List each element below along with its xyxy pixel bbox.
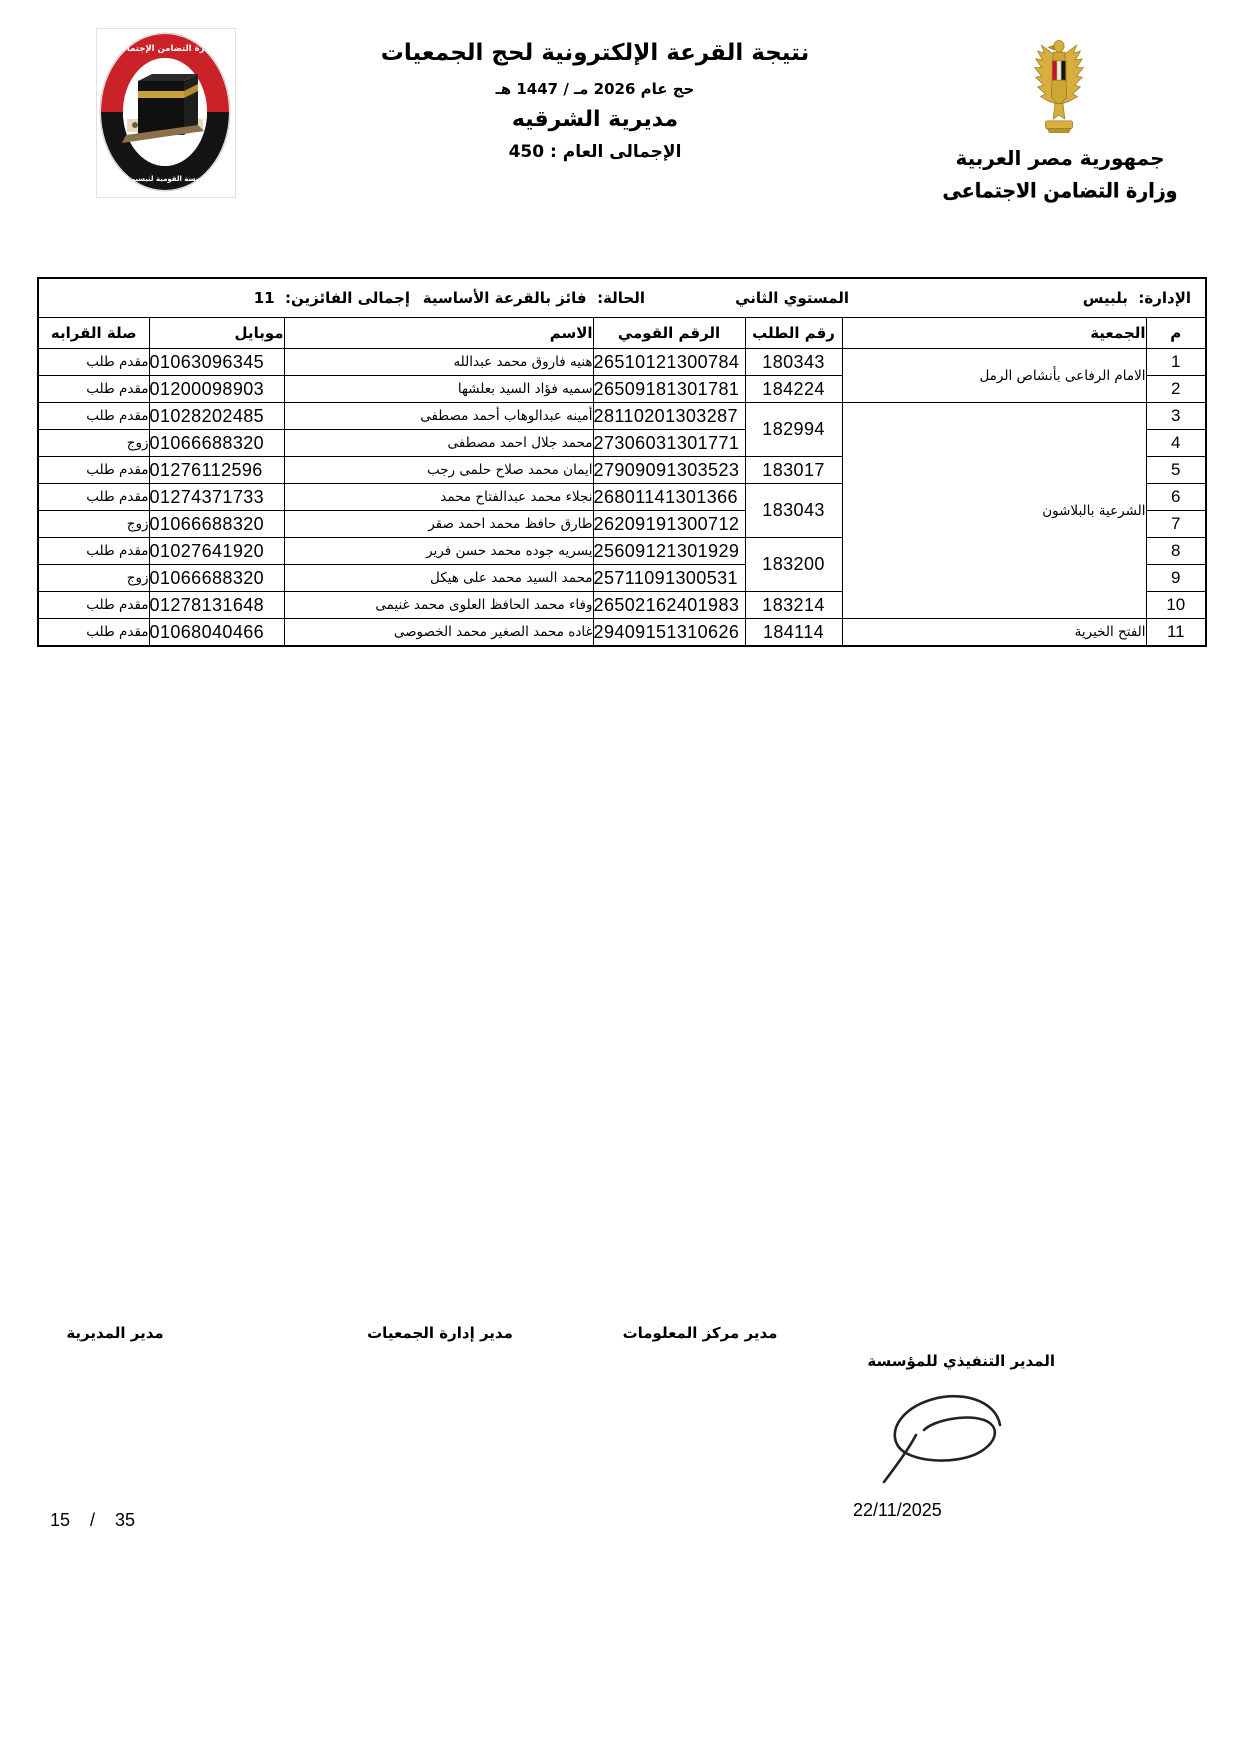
page-number: 15	[50, 1510, 70, 1531]
total-winners-value: إجمالى الفائزين: 11	[254, 289, 410, 307]
document-title-block: نتيجة القرعة الإلكترونية لحج الجمعيات حج…	[330, 40, 860, 162]
report-date: 22/11/2025	[853, 1500, 942, 1521]
cell-relation: مقدم طلب	[38, 592, 149, 619]
table-row: 11الفتح الخيرية18411429409151310626غاده …	[38, 619, 1206, 647]
col-header-association: الجمعية	[842, 318, 1146, 349]
directorate-line: مديرية الشرقيه	[330, 107, 860, 132]
cell-mobile: 01066688320	[149, 511, 284, 538]
cell-mobile: 01066688320	[149, 430, 284, 457]
cell-national-id: 27306031301771	[593, 430, 745, 457]
cell-row-number: 3	[1146, 403, 1206, 430]
cell-request-number: 182994	[745, 403, 842, 457]
cell-relation: زوج	[38, 430, 149, 457]
cell-national-id: 25711091300531	[593, 565, 745, 592]
cell-name: نجلاء محمد عبدالفتاح محمد	[284, 484, 593, 511]
cell-name: يسريه جوده محمد حسن فرير	[284, 538, 593, 565]
cell-request-number: 183214	[745, 592, 842, 619]
cell-mobile: 01274371733	[149, 484, 284, 511]
hajj-foundation-logo: وزارة التضامن الإجتماعي المؤسسة القومية …	[96, 28, 236, 198]
cell-relation: مقدم طلب	[38, 619, 149, 647]
cell-row-number: 7	[1146, 511, 1206, 538]
status-value: الحالة: فائز بالقرعة الأساسية	[423, 289, 645, 307]
signature-associations-manager: مدير إدارة الجمعيات	[360, 1324, 520, 1342]
cell-relation: مقدم طلب	[38, 376, 149, 403]
cell-name: ايمان محمد صلاح حلمى رجب	[284, 457, 593, 484]
cell-row-number: 5	[1146, 457, 1206, 484]
signature-info-center-manager: مدير مركز المعلومات	[620, 1324, 780, 1342]
level-value: المستوي الثاني	[735, 289, 849, 307]
cell-national-id: 27909091303523	[593, 457, 745, 484]
cell-mobile: 01066688320	[149, 565, 284, 592]
col-header-mobile: موبايل	[149, 318, 284, 349]
table-header-row: م الجمعية رقم الطلب الرقم القومي الاسم م…	[38, 318, 1206, 349]
cell-national-id: 29409151310626	[593, 619, 745, 647]
administration-value: الإدارة: بلبيس	[1083, 289, 1191, 307]
egypt-eagle-logo	[1028, 36, 1090, 136]
cell-national-id: 26801141301366	[593, 484, 745, 511]
country-name: جمهورية مصر العربية	[930, 146, 1190, 170]
signature-executive-manager: المدير التنفيذي للمؤسسة	[870, 1352, 1055, 1370]
cell-request-number: 184114	[745, 619, 842, 647]
badge-top-text: وزارة التضامن الإجتماعي	[112, 44, 217, 54]
cell-name: غاده محمد الصغير محمد الخصوصى	[284, 619, 593, 647]
cell-row-number: 4	[1146, 430, 1206, 457]
kaaba-badge-icon: وزارة التضامن الإجتماعي المؤسسة القومية …	[97, 29, 233, 195]
col-header-row-number: م	[1146, 318, 1206, 349]
col-header-national-id: الرقم القومي	[593, 318, 745, 349]
cell-name: وفاء محمد الحافظ العلوى محمد غنيمى	[284, 592, 593, 619]
cell-mobile: 01068040466	[149, 619, 284, 647]
page-title: نتيجة القرعة الإلكترونية لحج الجمعيات	[330, 40, 860, 66]
table-info-row: الإدارة: بلبيس المستوي الثاني الحالة: فا…	[38, 278, 1206, 318]
col-header-name: الاسم	[284, 318, 593, 349]
cell-national-id: 25609121301929	[593, 538, 745, 565]
cell-request-number: 183043	[745, 484, 842, 538]
cell-name: محمد السيد محمد على هيكل	[284, 565, 593, 592]
badge-bottom-text: المؤسسة القومية لتيسير الحج	[113, 175, 216, 183]
cell-mobile: 01276112596	[149, 457, 284, 484]
cell-row-number: 11	[1146, 619, 1206, 647]
ministry-name: وزارة التضامن الاجتماعى	[920, 179, 1200, 202]
cell-row-number: 1	[1146, 349, 1206, 376]
cell-name: هنيه فاروق محمد عبدالله	[284, 349, 593, 376]
eagle-icon	[1028, 36, 1090, 136]
cell-row-number: 10	[1146, 592, 1206, 619]
page-separator: /	[90, 1510, 95, 1531]
cell-national-id: 28110201303287	[593, 403, 745, 430]
cell-association: الشرعية بالبلاشون	[842, 403, 1146, 619]
signature-directorate-manager: مدير المديرية	[55, 1324, 175, 1342]
table-row: 1الامام الرفاعى بأنشاص الرمل180343265101…	[38, 349, 1206, 376]
table-row: 3الشرعية بالبلاشون18299428110201303287أم…	[38, 403, 1206, 430]
results-table: الإدارة: بلبيس المستوي الثاني الحالة: فا…	[37, 277, 1207, 647]
cell-row-number: 6	[1146, 484, 1206, 511]
cell-request-number: 184224	[745, 376, 842, 403]
cell-relation: مقدم طلب	[38, 538, 149, 565]
cell-association: الامام الرفاعى بأنشاص الرمل	[842, 349, 1146, 403]
cell-national-id: 26502162401983	[593, 592, 745, 619]
cell-mobile: 01027641920	[149, 538, 284, 565]
col-header-request-number: رقم الطلب	[745, 318, 842, 349]
cell-row-number: 9	[1146, 565, 1206, 592]
cell-name: محمد جلال احمد مصطفى	[284, 430, 593, 457]
results-table-body: 1الامام الرفاعى بأنشاص الرمل180343265101…	[38, 349, 1206, 647]
cell-row-number: 2	[1146, 376, 1206, 403]
cell-national-id: 26509181301781	[593, 376, 745, 403]
handwritten-signature	[872, 1380, 1022, 1490]
cell-relation: زوج	[38, 511, 149, 538]
grand-total-line: الإجمالى العام : 450	[330, 142, 860, 162]
cell-name: طارق حافظ محمد احمد صقر	[284, 511, 593, 538]
cell-mobile: 01028202485	[149, 403, 284, 430]
cell-name: سميه فؤاد السيد بعلشها	[284, 376, 593, 403]
cell-national-id: 26510121300784	[593, 349, 745, 376]
cell-relation: مقدم طلب	[38, 484, 149, 511]
cell-association: الفتح الخيرية	[842, 619, 1146, 647]
cell-row-number: 8	[1146, 538, 1206, 565]
cell-national-id: 26209191300712	[593, 511, 745, 538]
cell-request-number: 180343	[745, 349, 842, 376]
cell-mobile: 01200098903	[149, 376, 284, 403]
cell-request-number: 183017	[745, 457, 842, 484]
cell-relation: مقدم طلب	[38, 349, 149, 376]
page-indicator: 15 / 35	[50, 1510, 135, 1531]
cell-relation: مقدم طلب	[38, 457, 149, 484]
cell-relation: زوج	[38, 565, 149, 592]
cell-request-number: 183200	[745, 538, 842, 592]
hajj-year-line: حج عام 2026 مـ / 1447 هـ	[330, 80, 860, 98]
document-page: وزارة التضامن الإجتماعي المؤسسة القومية …	[0, 0, 1241, 1754]
cell-name: أمينه عبدالوهاب أحمد مصطفى	[284, 403, 593, 430]
cell-mobile: 01278131648	[149, 592, 284, 619]
col-header-relation: صلة القرابه	[38, 318, 149, 349]
page-total: 35	[115, 1510, 135, 1531]
cell-relation: مقدم طلب	[38, 403, 149, 430]
cell-mobile: 01063096345	[149, 349, 284, 376]
